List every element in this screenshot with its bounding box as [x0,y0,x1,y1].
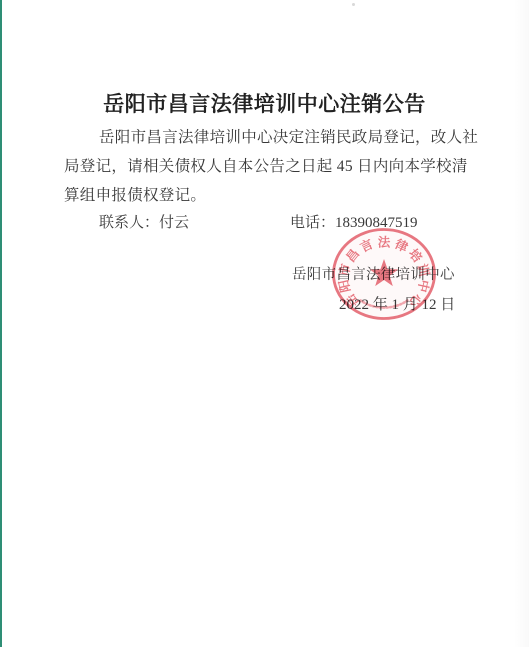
contact-row: 联系人：付云 电话：18390847519 [0,211,529,231]
scan-speck [352,3,355,6]
contact-person-label: 联系人： [99,215,159,231]
official-seal-stamp: 岳阳市昌言法律培训中心 [329,225,439,323]
notice-title: 岳阳市昌言法律培训中心注销公告 [0,88,529,118]
contact-person-value: 付云 [159,215,189,231]
notice-body-line: 算组申报债权登记。 [64,187,206,205]
scanned-notice-page: 岳阳市昌言法律培训中心注销公告 岳阳市昌言法律培训中心决定注销民政局登记，改人社… [0,0,529,647]
contact-person: 联系人：付云 [99,211,189,232]
notice-body-line: 局登记，请相关债权人自本公告之日起 45 日内向本学校清 [64,158,468,176]
stamp-ring-char: 法 [378,234,391,249]
notice-body-line: 岳阳市昌言法律培训中心决定注销民政局登记，改人社 [99,129,478,147]
